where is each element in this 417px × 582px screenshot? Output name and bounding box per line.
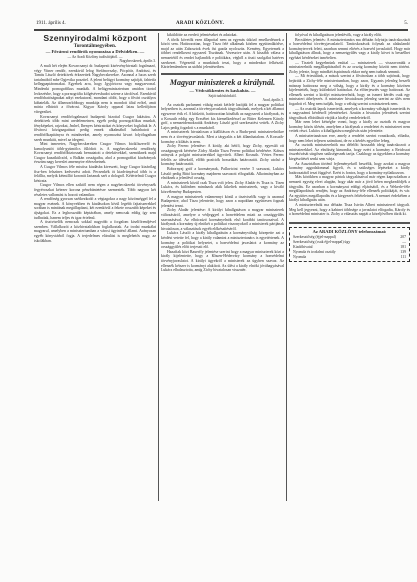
column-1: Szennyirodalmi központ Torontálmegyében.… <box>34 33 156 503</box>
paragraph: Kovacsanyi rendőrfogalmazó budapesti biz… <box>34 115 156 143</box>
phone-numbers-box: Az ARADI KÖZLÖNY telefonszámai: Szerkesz… <box>289 227 410 263</box>
phone-box-title: Az ARADI KÖZLÖNY telefonszámai: <box>293 230 406 235</box>
section-rule <box>289 222 410 224</box>
paragraph: A tisztviselők nemcsak sokkal nagyobb a … <box>34 220 156 243</box>
paragraph: A minisztertanácson erre, amely a rendel… <box>289 134 410 143</box>
paragraph: A Csugor Vilmos féle mixtisz kiadásba ki… <box>34 165 156 183</box>
paragraph: Az osztrák parlament válság miatt kétfel… <box>161 103 284 131</box>
section-rule <box>161 73 284 75</box>
paragraph: A miniszterek hivatalosan a kiállításon … <box>161 130 284 144</box>
paragraph: Becsületes jelentés: A minisztertanács m… <box>289 38 410 61</box>
page-number: 5. <box>404 21 408 26</box>
paragraph: Csugor Vilmos ellen sziktől nem régen a … <box>34 183 156 197</box>
masthead: ARADI KÖZLÖNY. <box>176 21 224 26</box>
paragraph: Mint ismeretes, Nagybecskereken Csugor V… <box>34 142 156 165</box>
issue-date: 1911. április 4. <box>36 21 66 26</box>
paragraph: Az Ausztriában történő fejleményekről be… <box>289 162 410 176</box>
paragraph: Lukács László a király kihallgatásán a k… <box>161 231 284 249</box>
paragraph: Zichy Ferenc jelentése: A király, aki hé… <box>161 144 284 167</box>
newspaper-page: 1911. április 4. ARADI KÖZLÖNY. 5. Szenn… <box>0 0 417 582</box>
paragraph: — Tisztelt kegyelmünk ezúttal — miniszte… <box>289 61 410 75</box>
paragraph: A rendőrség gyorsan szétkezkodó a végtag… <box>34 197 156 220</box>
column-divider <box>286 33 287 501</box>
column-2: kiküldötte az eredeti jelentéseket és ad… <box>161 33 284 503</box>
column-3: folyóval és kihallgatáson jelenlévők, va… <box>289 33 410 503</box>
phone-row: Nyomda111 <box>293 255 406 260</box>
paragraph: Zichy Aladár jelentése: A királyt kihall… <box>161 208 284 231</box>
paragraph: Más körökben a magyar pártok tárgyalásai… <box>289 175 410 203</box>
paragraph: Bobornyaj gróf a kormánynak, Pallavicini… <box>161 167 284 181</box>
column-divider <box>158 33 159 501</box>
paragraph: A miniszterelnök ma délután Tisza István… <box>289 203 410 217</box>
article-headline: Szennyirodalmi központ <box>34 33 156 43</box>
paragraph: A magyar miniszterek valamennyi közül a … <box>161 195 284 209</box>
paragraph: — Mi értesülünk, a mások szerint a fővár… <box>289 74 410 106</box>
paragraph: A tőrök követők ezen állapottal nem az e… <box>161 38 284 70</box>
paragraph: — Az osztrák lapok ismertetik, amelyek a… <box>289 107 410 121</box>
paragraph: A miniszterek közül csak Tisza volt jele… <box>161 181 284 195</box>
header-rule <box>34 29 408 31</box>
paragraph: Az osztrák miniszterelnök ma délelőtt ho… <box>289 143 410 161</box>
article-headline: Magyar miniszterek a királynál. <box>161 78 284 88</box>
paragraph: Hazafiak közt Bauerffy jelentése szerint… <box>161 250 284 273</box>
paragraph: Már nem lehet kétségbe vonni, hogy a kir… <box>289 120 410 134</box>
paragraph: A mult hét elején Kovarcsanyi dr. budape… <box>34 64 156 115</box>
